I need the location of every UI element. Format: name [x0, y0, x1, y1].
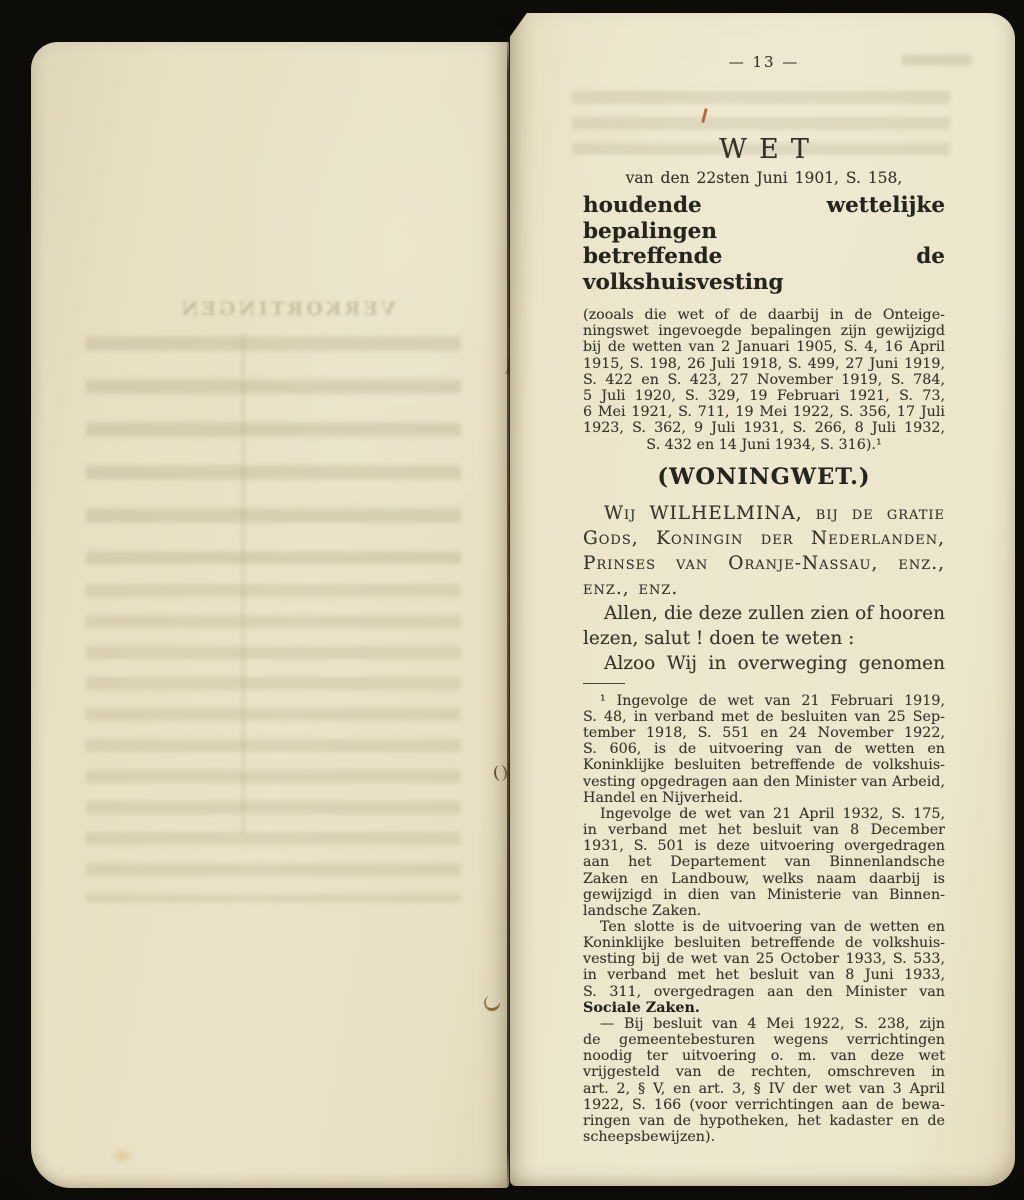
footnote: ¹ Ingevolge de wet van 21 Februari 1919,…: [583, 693, 945, 1145]
amendments-line: ningswet ingevoegde bepalingen zijn gewi…: [583, 323, 945, 339]
preamble-line: Allen, die deze zullen zien of hooren: [583, 601, 945, 626]
spine-notch: [489, 10, 529, 38]
footnote-line: in verband met het besluit van 8 Juni 19…: [583, 967, 945, 983]
footnote-line: vesting bij de wet van 25 October 1933, …: [583, 951, 945, 967]
footnote-line: Ten slotte is de uitvoering van de wette…: [583, 919, 945, 935]
footnote-line: Handel en Nijverheid.: [583, 790, 945, 806]
footnote-line: S. 606, is de uitvoering van de wetten e…: [583, 741, 945, 757]
footnote-line: S. 48, in verband met de besluiten van 2…: [583, 709, 945, 725]
short-title: (WONINGWET.): [583, 463, 945, 491]
footnote-line: art. 2, § V, en art. 3, § IV der wet van…: [583, 1081, 945, 1097]
footnote-line: Ingevolge de wet van 21 April 1932, S. 1…: [583, 806, 945, 822]
footnote-line: Sociale Zaken.: [583, 1000, 945, 1016]
footnote-line: aan het Departement van Binnenlandsche: [583, 854, 945, 870]
left-page: VERKORTINGEN: [31, 42, 509, 1188]
footnote-line: — Bij besluit van 4 Mei 1922, S. 238, zi…: [583, 1016, 945, 1032]
law-description-line: betreffende de volkshuisvesting: [583, 244, 945, 295]
ghost-heading: VERKORTINGEN: [162, 298, 412, 320]
footnote-line: ¹ Ingevolge de wet van 21 Februari 1919,: [583, 693, 945, 709]
book-spine: [507, 26, 510, 1186]
preamble-line: Gods, Koningin der Nederlanden,: [583, 526, 945, 551]
footnote-rule: [583, 683, 625, 684]
page-content: — 13 — WET van den 22sten Juni 1901, S. …: [583, 53, 945, 1145]
royal-preamble: Wij WILHELMINA, bij de gratie Gods, Koni…: [583, 501, 945, 676]
footnote-line: noodig ter uitvoering o. m. van deze wet: [583, 1048, 945, 1064]
amendments-line: 1923, S. 362, 9 Juli 1931, S. 266, 8 Jul…: [583, 420, 945, 436]
footnote-line: landsche Zaken.: [583, 903, 945, 919]
footnote-line: in verband met het besluit van 8 Decembe…: [583, 822, 945, 838]
law-date-line: van den 22sten Juni 1901, S. 158,: [583, 168, 945, 189]
footnote-line: gewijzigd in dien van Ministerie van Bin…: [583, 887, 945, 903]
footnote-line: tember 1918, S. 551 en 24 November 1922,: [583, 725, 945, 741]
amendments-line: S. 432 en 14 Juni 1934, S. 316).¹: [583, 437, 945, 453]
ghost-text-block: [86, 334, 461, 564]
amendments-note: (zooals die wet of de daarbij in de Onte…: [583, 307, 945, 453]
preamble-line: Wij WILHELMINA, bij de gratie: [583, 501, 945, 526]
right-page: — 13 — WET van den 22sten Juni 1901, S. …: [510, 13, 1015, 1186]
preamble-line: lezen, salut ! doen te weten :: [583, 626, 945, 651]
footnote-line: 1931, S. 501 is deze uitvoering overgedr…: [583, 838, 945, 854]
law-title: WET: [583, 133, 945, 167]
footnote-line: 1922, S. 166 (voor verrichtingen aan de …: [583, 1097, 945, 1113]
amendments-line: (zooals die wet of de daarbij in de Onte…: [583, 307, 945, 323]
footnote-line: ringen van de hypotheken, het kadaster e…: [583, 1113, 945, 1129]
law-description: houdende wettelijke bepalingen betreffen…: [583, 193, 945, 295]
footnote-line: S. 311, overgedragen aan den Minister va…: [583, 984, 945, 1000]
footnote-line: Zaken en Landbouw, welks naam daarbij is: [583, 871, 945, 887]
footnote-line: Koninklijke besluiten betreffende de vol…: [583, 757, 945, 773]
footnote-line: de gemeentebesturen wegens verrichtingen: [583, 1032, 945, 1048]
law-description-line: houdende wettelijke bepalingen: [583, 193, 945, 244]
scanned-book-photo: VERKORTINGEN — 13 — WET van den 22sten J…: [0, 0, 1024, 1200]
footnote-line: scheepsbewijzen).: [583, 1129, 945, 1145]
ghost-column-divider: [242, 334, 244, 834]
paper-stain: [109, 1147, 135, 1165]
amendments-line: 6 Mei 1921, S. 711, 19 Mei 1922, S. 356,…: [583, 404, 945, 420]
preamble-line: enz., enz.: [583, 576, 945, 601]
amendments-line: S. 422 en S. 423, 27 November 1919, S. 7…: [583, 372, 945, 388]
footnote-line: Koninklijke besluiten betreffende de vol…: [583, 935, 945, 951]
footnote-line: vesting opgedragen aan den Minister van …: [583, 774, 945, 790]
page-number: — 13 —: [583, 53, 945, 71]
amendments-line: 5 Juli 1920, S. 329, 19 Februari 1921, S…: [583, 388, 945, 404]
preamble-line: Prinses van Oranje-Nassau, enz.,: [583, 551, 945, 576]
amendments-line: bij de wetten van 2 Januari 1905, S. 4, …: [583, 339, 945, 355]
amendments-line: 1915, S. 198, 26 Juli 1918, S. 499, 27 J…: [583, 356, 945, 372]
preamble-line: Alzoo Wij in overweging genomen: [583, 651, 945, 676]
ghost-text-block: [86, 582, 461, 902]
footnote-line: vrijgesteld van de rechten, omschreven i…: [583, 1064, 945, 1080]
